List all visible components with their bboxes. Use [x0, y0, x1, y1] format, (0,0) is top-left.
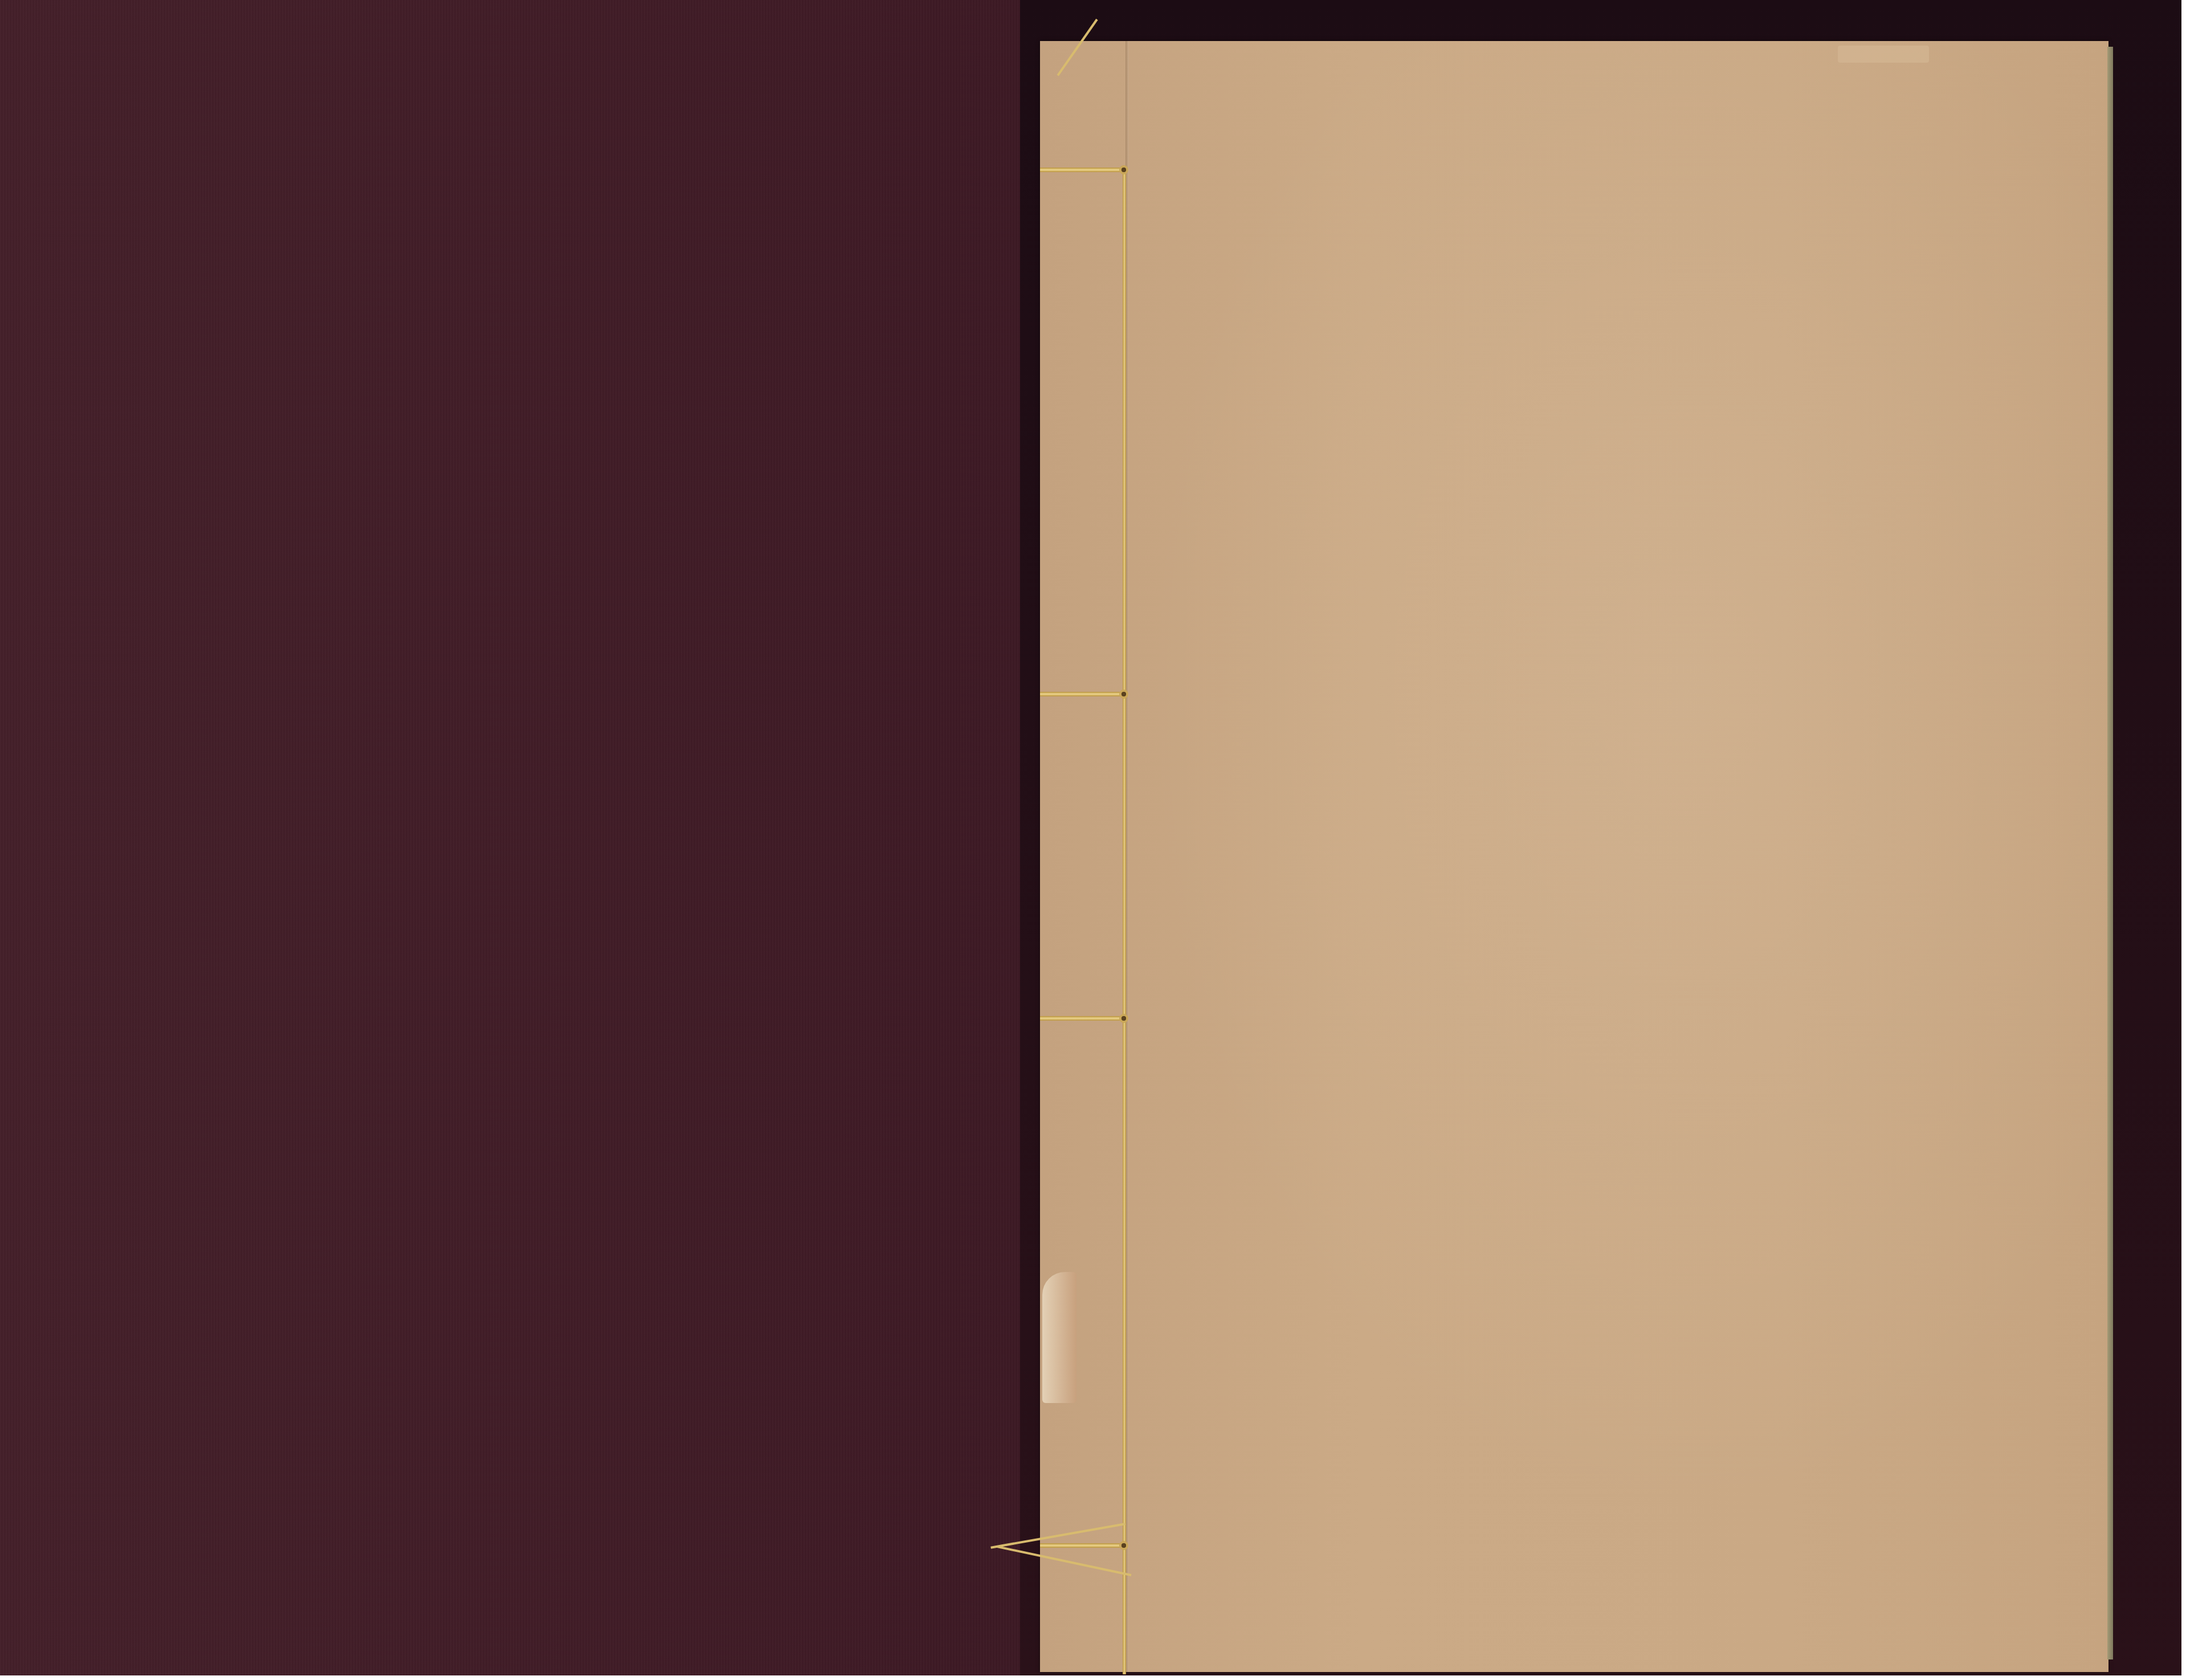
binding-thread-lower-middle — [1040, 1016, 1125, 1021]
thread-bound-book — [1040, 41, 2108, 1672]
spine-repair-patch — [1042, 1272, 1076, 1403]
binding-knot-2 — [1119, 690, 1128, 699]
binding-knot-4 — [1119, 1541, 1128, 1550]
binding-thread-bottom — [1040, 1543, 1125, 1548]
cover-corner-tab — [1838, 46, 1929, 63]
page-edge — [2107, 47, 2113, 1659]
binding-thread-upper-middle — [1040, 692, 1125, 696]
binding-thread-top — [1040, 168, 1125, 172]
binding-thread-vertical — [1123, 170, 1126, 1674]
binding-knot-3 — [1119, 1014, 1128, 1023]
binding-knot-1 — [1119, 165, 1128, 174]
